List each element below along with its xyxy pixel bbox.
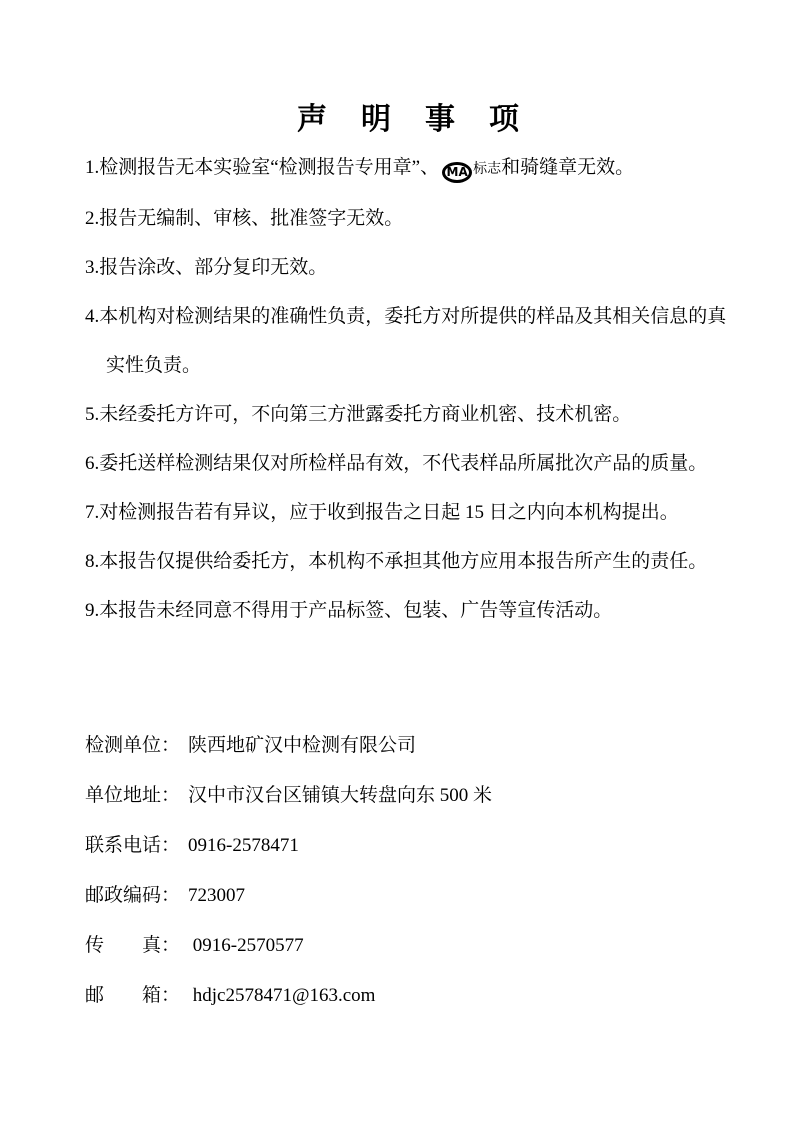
item-4-line-2: 实性负责。 — [106, 355, 201, 376]
declaration-item-4: 4.本机构对检测结果的准确性负责，委托方对所提供的样品及其相关信息的真实性负责。 — [85, 292, 733, 390]
contact-address-value: 汉中市汉台区铺镇大转盘向东 500 米 — [188, 785, 492, 806]
declaration-items: 1.检测报告无本实验室“检测报告专用章”、MA标志和骑缝章无效。 2.报告无编制… — [85, 143, 733, 635]
contact-phone-label: 联系电话： — [85, 835, 180, 856]
contact-email-label: 邮 箱： — [85, 985, 180, 1006]
contact-phone-value: 0916-2578471 — [188, 835, 299, 856]
cma-mark-icon: MA — [442, 162, 472, 183]
contact-row-fax: 传 真： 0916-2570577 — [85, 921, 733, 971]
declaration-page: 声 明 事 项 1.检测报告无本实验室“检测报告专用章”、MA标志和骑缝章无效。… — [0, 0, 793, 1122]
contact-row-phone: 联系电话：0916-2578471 — [85, 821, 733, 871]
declaration-item-2: 2.报告无编制、审核、批准签字无效。 — [85, 194, 733, 243]
cma-mark-text: MA — [445, 165, 469, 180]
contact-email-value: hdjc2578471@163.com — [188, 985, 375, 1006]
contact-row-postcode: 邮政编码：723007 — [85, 871, 733, 921]
declaration-item-6: 6.委托送样检测结果仅对所检样品有效，不代表样品所属批次产品的质量。 — [85, 439, 733, 488]
contact-unit-value: 陕西地矿汉中检测有限公司 — [188, 735, 416, 756]
contact-address-label: 单位地址： — [85, 785, 180, 806]
contact-postcode-value: 723007 — [188, 885, 245, 906]
contact-postcode-label: 邮政编码： — [85, 885, 180, 906]
item-1-mark-label: 标志 — [473, 162, 501, 177]
contact-fax-label: 传 真： — [85, 935, 180, 956]
page-title: 声 明 事 项 — [85, 101, 733, 139]
contact-row-address: 单位地址：汉中市汉台区铺镇大转盘向东 500 米 — [85, 771, 733, 821]
declaration-item-1: 1.检测报告无本实验室“检测报告专用章”、MA标志和骑缝章无效。 — [85, 143, 733, 194]
contact-row-unit: 检测单位：陕西地矿汉中检测有限公司 — [85, 721, 733, 771]
declaration-item-3: 3.报告涂改、部分复印无效。 — [85, 243, 733, 292]
declaration-item-7: 7.对检测报告若有异议，应于收到报告之日起 15 日之内向本机构提出。 — [85, 488, 733, 537]
item-1-prefix: 1.检测报告无本实验室“检测报告专用章”、 — [85, 157, 439, 178]
item-4-line-1: 4.本机构对检测结果的准确性负责，委托方对所提供的样品及其相关信息的真 — [85, 306, 726, 327]
declaration-item-5: 5.未经委托方许可，不向第三方泄露委托方商业机密、技术机密。 — [85, 390, 733, 439]
declaration-item-8: 8.本报告仅提供给委托方，本机构不承担其他方应用本报告所产生的责任。 — [85, 537, 733, 586]
declaration-item-9: 9.本报告未经同意不得用于产品标签、包装、广告等宣传活动。 — [85, 586, 733, 635]
contact-block: 检测单位：陕西地矿汉中检测有限公司 单位地址：汉中市汉台区铺镇大转盘向东 500… — [85, 721, 733, 1021]
contact-unit-label: 检测单位： — [85, 735, 180, 756]
item-1-suffix: 和骑缝章无效。 — [501, 157, 634, 178]
contact-row-email: 邮 箱： hdjc2578471@163.com — [85, 971, 733, 1021]
contact-fax-value: 0916-2570577 — [188, 935, 304, 956]
